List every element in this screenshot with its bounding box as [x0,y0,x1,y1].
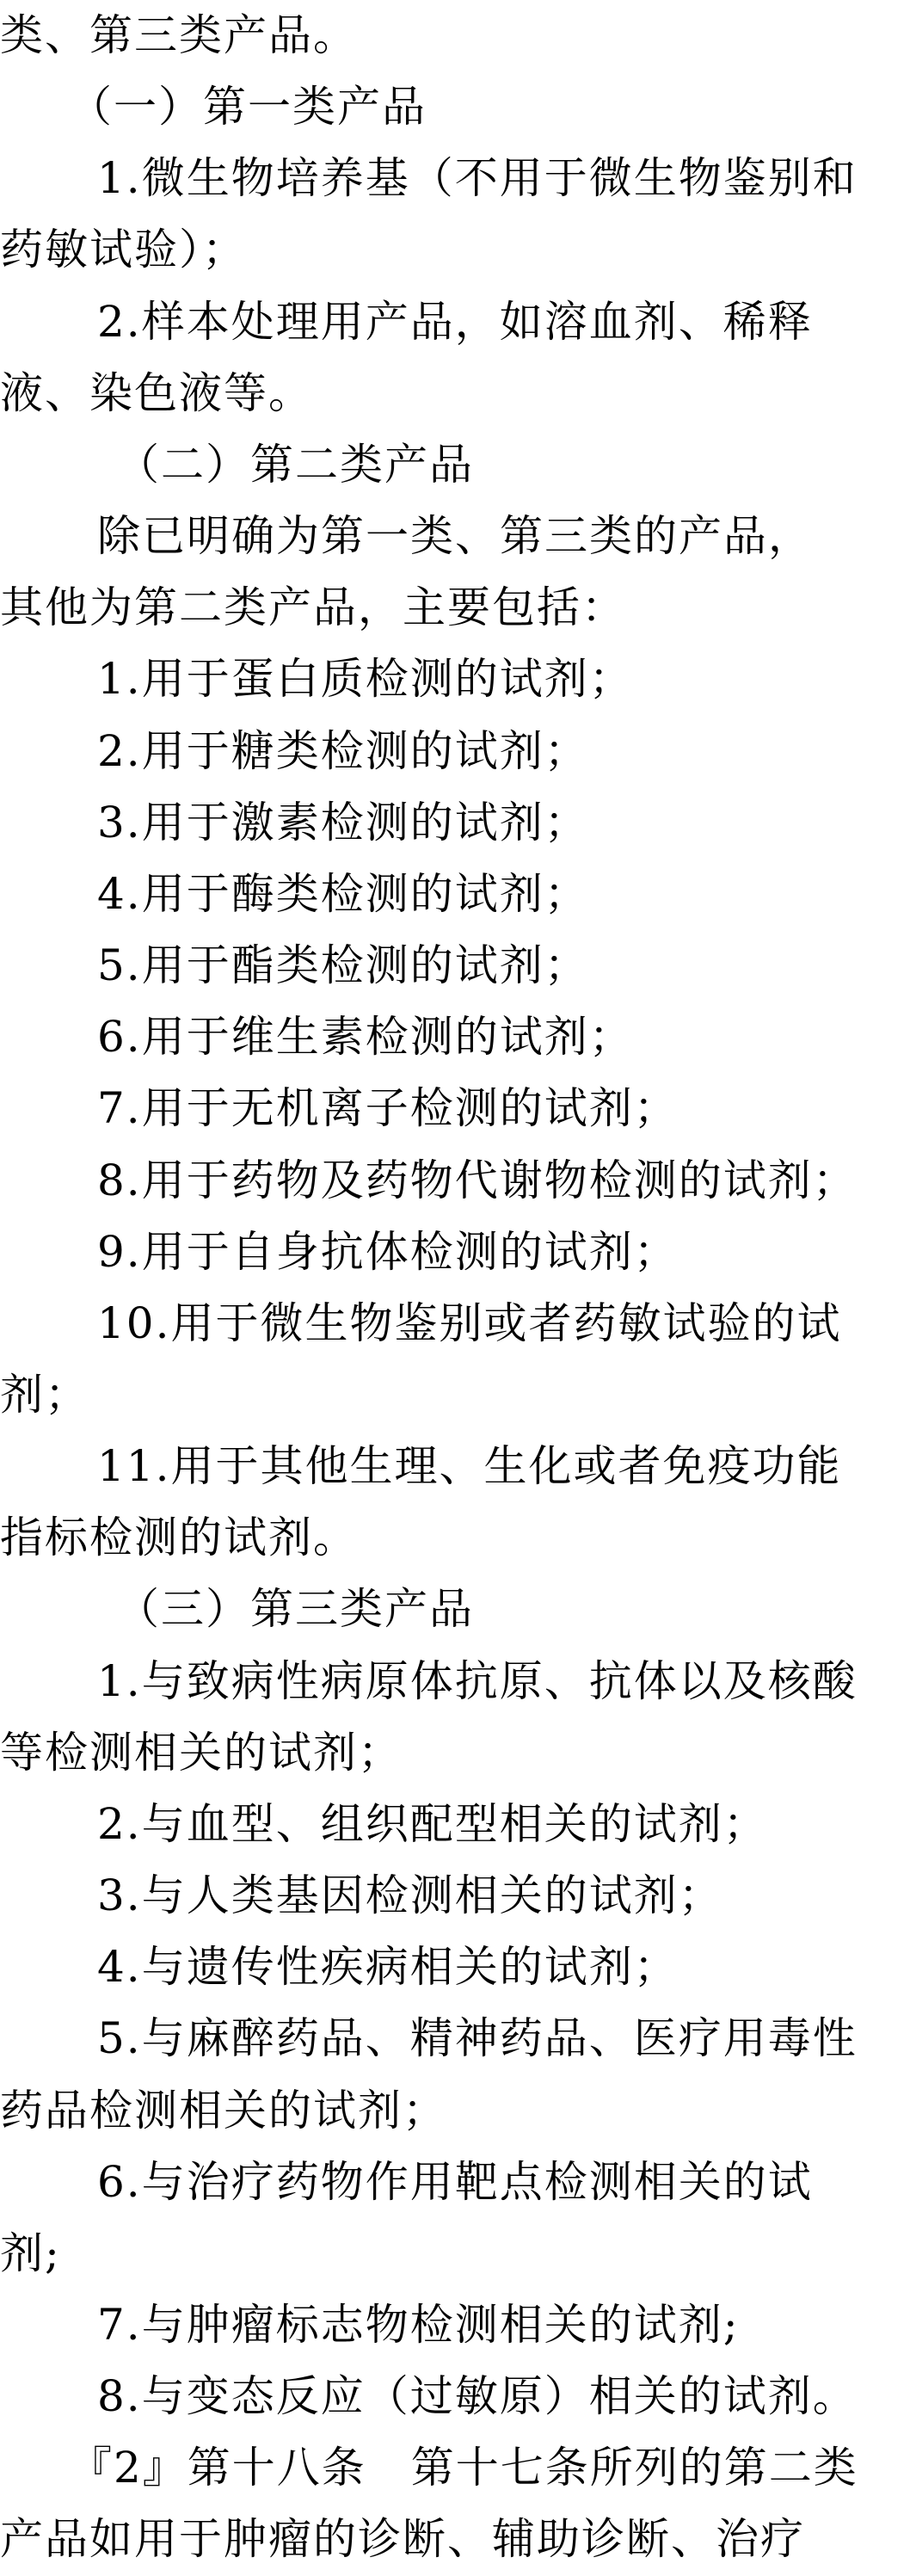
text-line-continuation: 液、染色液等。 [0,358,910,429]
list-item-class3-6: 6.与治疗药物作用靶点检测相关的试 [0,2147,910,2218]
text-line-continuation: 其他为第二类产品，主要包括： [0,572,910,644]
section-heading-class-1: （一）第一类产品 [0,71,910,143]
list-item-class2-5: 5.用于酯类检测的试剂； [0,930,910,1001]
article-18-heading: 『2』第十八条 第十七条所列的第二类 [0,2432,910,2504]
section-heading-class-3: （三）第三类产品 [0,1574,910,1645]
list-item-class2-6: 6.用于维生素检测的试剂； [0,1001,910,1073]
list-item-class2-4: 4.用于酶类检测的试剂； [0,859,910,930]
list-item-class1-1: 1.微生物培养基（不用于微生物鉴别和 [0,143,910,214]
list-item-class1-2: 2.样本处理用产品，如溶血剂、稀释 [0,287,910,358]
list-item-class3-8: 8.与变态反应（过敏原）相关的试剂。 [0,2361,910,2432]
list-item-class3-4: 4.与遗传性疾病相关的试剂； [0,1932,910,2003]
list-item-class2-2: 2.用于糖类检测的试剂； [0,716,910,787]
list-item-class3-5: 5.与麻醉药品、精神药品、医疗用毒性 [0,2003,910,2074]
document-page: 类、第三类产品。 （一）第一类产品 1.微生物培养基（不用于微生物鉴别和 药敏试… [0,0,910,2576]
text-line-continuation: 药品检测相关的试剂； [0,2075,910,2147]
list-item-class3-1: 1.与致病性病原体抗原、抗体以及核酸 [0,1646,910,1717]
text-line-continuation: 指标检测的试剂。 [0,1502,910,1574]
list-item-class2-9: 9.用于自身抗体检测的试剂； [0,1217,910,1288]
list-item-class2-7: 7.用于无机离子检测的试剂； [0,1073,910,1144]
list-item-class2-11: 11.用于其他生理、生化或者免疫功能 [0,1431,910,1502]
text-line-continuation: 等检测相关的试剂； [0,1717,910,1789]
text-line-continuation: 剂； [0,1359,910,1431]
list-item-class3-3: 3.与人类基因检测相关的试剂； [0,1860,910,1932]
paragraph-class2-intro: 除已明确为第一类、第三类的产品， [0,501,910,572]
list-item-class2-3: 3.用于激素检测的试剂； [0,787,910,859]
section-heading-class-2: （二）第二类产品 [0,429,910,501]
list-item-class2-1: 1.用于蛋白质检测的试剂； [0,644,910,715]
text-line-continuation: 药敏试验）； [0,214,910,286]
list-item-class2-10: 10.用于微生物鉴别或者药敏试验的试 [0,1288,910,1359]
text-line-continuation: 剂; [0,2218,910,2289]
text-line-continuation: 产品如用于肿瘤的诊断、辅助诊断、治疗 [0,2504,910,2575]
list-item-class3-7: 7.与肿瘤标志物检测相关的试剂; [0,2289,910,2361]
text-line-continuation: 类、第三类产品。 [0,0,910,71]
list-item-class2-8: 8.用于药物及药物代谢物检测的试剂； [0,1145,910,1217]
list-item-class3-2: 2.与血型、组织配型相关的试剂； [0,1789,910,1860]
